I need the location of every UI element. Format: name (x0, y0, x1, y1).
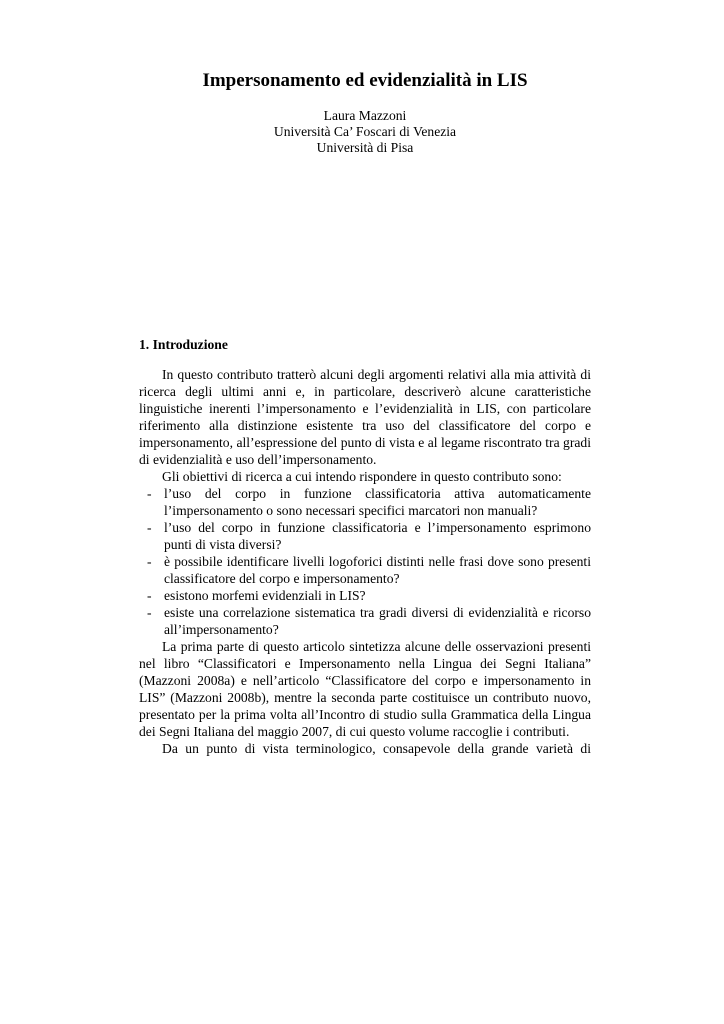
list-item-text: esiste una correlazione sistematica tra … (164, 605, 591, 637)
list-item-livelli-logoforici: - è possibile identificare livelli logof… (139, 553, 591, 587)
document-page: Impersonamento ed evidenzialità in LIS L… (0, 0, 724, 1024)
paragraph-summary: La prima parte di questo articolo sintet… (139, 638, 591, 740)
text-column: Impersonamento ed evidenzialità in LIS L… (0, 0, 724, 757)
paragraph-objectives-lead: Gli obiettivi di ricerca a cui intendo r… (139, 468, 591, 485)
list-item-classificatoria-marcatori: - l’uso del corpo in funzione classifica… (139, 485, 591, 519)
objectives-list: - l’uso del corpo in funzione classifica… (139, 485, 591, 638)
section-heading-introduzione: 1. Introduzione (139, 336, 591, 353)
list-item-text: l’uso del corpo in funzione classificato… (164, 486, 591, 518)
section-body: In questo contributo tratterò alcuni deg… (139, 366, 591, 757)
list-dash: - (147, 485, 152, 502)
list-item-text: l’uso del corpo in funzione classificato… (164, 520, 591, 552)
list-item-text: esistono morfemi evidenziali in LIS? (164, 588, 366, 603)
author-affiliation-pisa: Università di Pisa (139, 140, 591, 156)
author-block: Laura Mazzoni Università Ca’ Foscari di … (139, 108, 591, 156)
author-name: Laura Mazzoni (139, 108, 591, 124)
paragraph-terminology: Da un punto di vista terminologico, cons… (139, 740, 591, 757)
list-item-punti-di-vista: - l’uso del corpo in funzione classifica… (139, 519, 591, 553)
list-dash: - (147, 604, 152, 621)
list-dash: - (147, 519, 152, 536)
author-affiliation-venezia: Università Ca’ Foscari di Venezia (139, 124, 591, 140)
list-item-morfemi-evidenziali: - esistono morfemi evidenziali in LIS? (139, 587, 591, 604)
list-item-correlazione-sistematica: - esiste una correlazione sistematica tr… (139, 604, 591, 638)
list-dash: - (147, 553, 152, 570)
list-dash: - (147, 587, 152, 604)
paper-title: Impersonamento ed evidenzialità in LIS (139, 71, 591, 91)
paragraph-intro: In questo contributo tratterò alcuni deg… (139, 366, 591, 468)
list-item-text: è possibile identificare livelli logofor… (164, 554, 591, 586)
